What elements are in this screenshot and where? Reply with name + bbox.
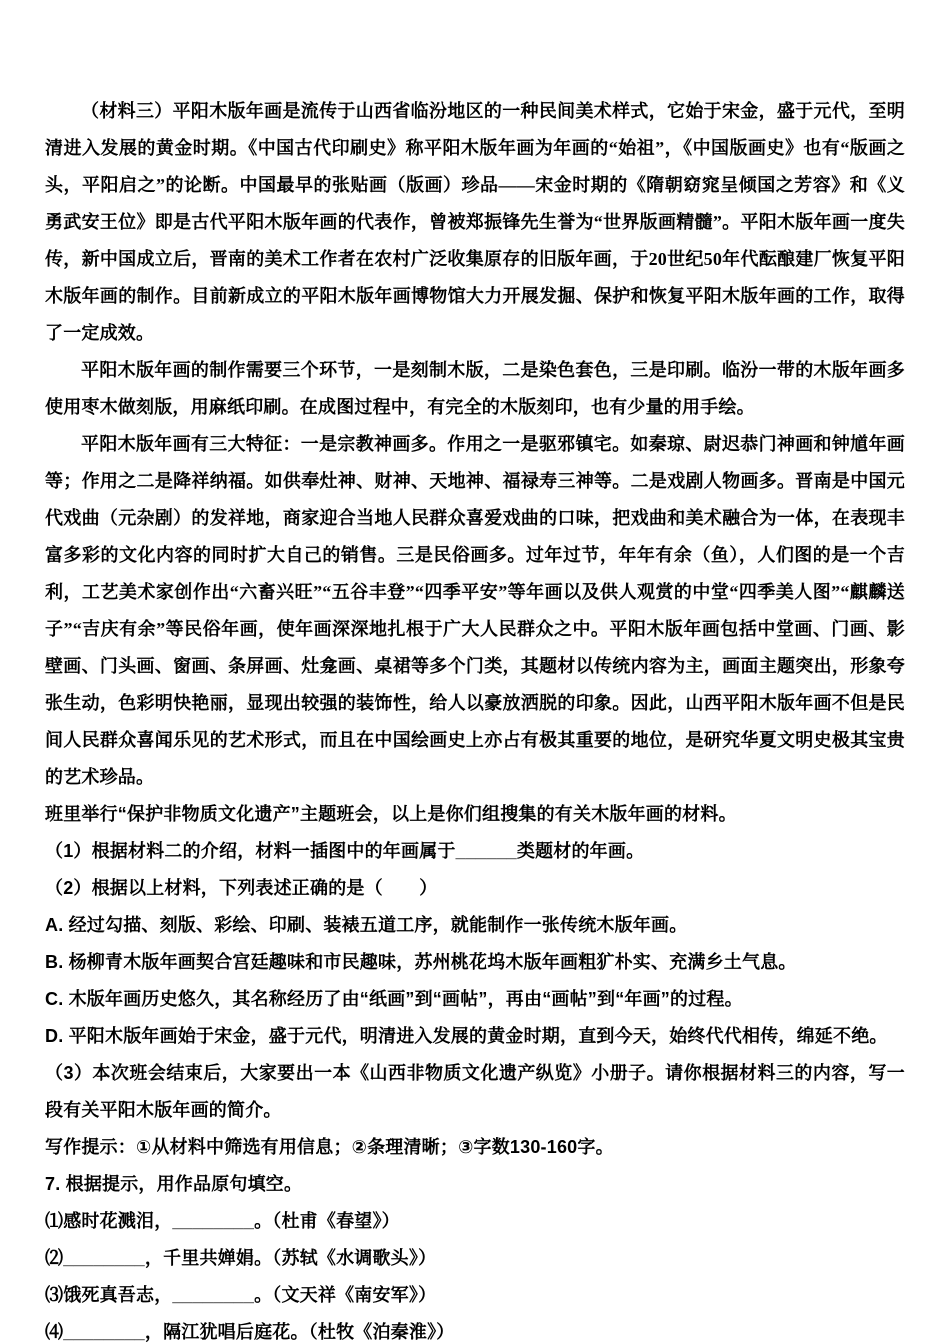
fill-blank-item-2: ⑵________，千里共婵娟。（苏轼《水调歌头》）	[45, 1240, 905, 1277]
question-2-option-a: A. 经过勾描、刻版、彩绘、印刷、装裱五道工序，就能制作一张传统木版年画。	[45, 907, 905, 944]
material-three-paragraph-2: 平阳木版年画的制作需要三个环节，一是刻制木版，二是染色套色，三是印刷。临汾一带的…	[45, 352, 905, 426]
question-3: （3）本次班会结束后，大家要出一本《山西非物质文化遗产纵览》小册子。请你根据材料…	[45, 1055, 905, 1129]
writing-tips: 写作提示：①从材料中筛选有用信息；②条理清晰；③字数130-160字。	[45, 1129, 905, 1166]
material-three-section: （材料三）平阳木版年画是流传于山西省临汾地区的一种民间美术样式，它始于宋金，盛于…	[45, 93, 905, 796]
question-2-option-b: B. 杨柳青木版年画契合宫廷趣味和市民趣味，苏州桃花坞木版年画粗犷朴实、充满乡土…	[45, 944, 905, 981]
fill-blank-item-1: ⑴感时花溅泪，________。（杜甫《春望》）	[45, 1203, 905, 1240]
exam-page: （材料三）平阳木版年画是流传于山西省临汾地区的一种民间美术样式，它始于宋金，盛于…	[0, 0, 950, 1344]
question-1: （1）根据材料二的介绍，材料一插图中的年画属于______类题材的年画。	[45, 833, 905, 870]
material-three-paragraph-1: （材料三）平阳木版年画是流传于山西省临汾地区的一种民间美术样式，它始于宋金，盛于…	[45, 93, 905, 352]
question-2-option-c: C. 木版年画历史悠久，其名称经历了由“纸画”到“画帖”，再由“画帖”到“年画”…	[45, 981, 905, 1018]
class-meeting-intro: 班里举行“保护非物质文化遗产”主题班会，以上是你们组搜集的有关木版年画的材料。	[45, 796, 905, 833]
question-7-section: 7. 根据提示，用作品原句填空。 ⑴感时花溅泪，________。（杜甫《春望》…	[45, 1166, 905, 1344]
question-7-title: 7. 根据提示，用作品原句填空。	[45, 1166, 905, 1203]
material-three-paragraph-3: 平阳木版年画有三大特征：一是宗教神画多。作用之一是驱邪镇宅。如秦琼、尉迟恭门神画…	[45, 426, 905, 796]
fill-blank-item-3: ⑶饿死真吾志，________。（文天祥《南安军》）	[45, 1277, 905, 1314]
question-2: （2）根据以上材料，下列表述正确的是（ ）	[45, 870, 905, 907]
question-2-option-d: D. 平阳木版年画始于宋金，盛于元代，明清进入发展的黄金时期，直到今天，始终代代…	[45, 1018, 905, 1055]
fill-blank-item-4: ⑷________，隔江犹唱后庭花。（杜牧《泊秦淮》）	[45, 1314, 905, 1344]
comprehension-questions-section: 班里举行“保护非物质文化遗产”主题班会，以上是你们组搜集的有关木版年画的材料。 …	[45, 796, 905, 1166]
